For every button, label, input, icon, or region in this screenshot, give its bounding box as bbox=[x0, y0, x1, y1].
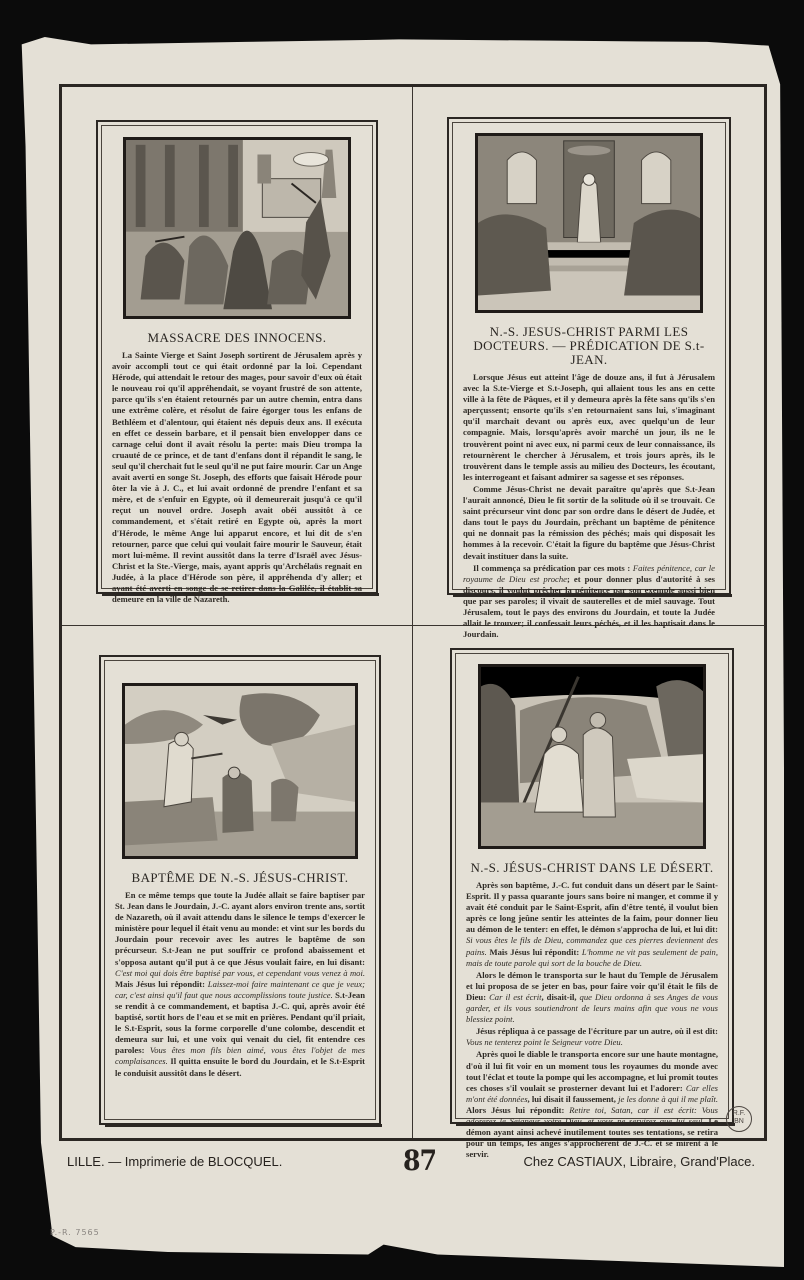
panel-title: N.-S. JÉSUS-CHRIST DANS LE DÉSERT. bbox=[466, 861, 718, 875]
panel-title: N.-S. JESUS-CHRIST PARMI LES DOCTEURS. —… bbox=[463, 325, 715, 367]
panel-body: Lorsque Jésus eut atteint l'âge de douze… bbox=[463, 372, 715, 640]
woodcut-desert-illustration bbox=[478, 664, 706, 849]
panel-paragraph: Après quoi le diable le transporta encor… bbox=[466, 1049, 718, 1160]
panel-body: Après son baptême, J.-C. fut conduit dan… bbox=[466, 880, 718, 1160]
desert-scene-icon bbox=[481, 667, 703, 846]
imprint-footer: LILLE. — Imprimerie de BLOCQUEL. 87 Chez… bbox=[67, 1148, 767, 1182]
woodcut-docteurs-illustration bbox=[475, 133, 703, 313]
panel-bapteme: BAPTÊME DE N.-S. JÉSUS-CHRIST. En ce mêm… bbox=[99, 655, 381, 1125]
panel-paragraph: Alors le démon le transporta sur le haut… bbox=[466, 970, 718, 1025]
printer-imprint: LILLE. — Imprimerie de BLOCQUEL. bbox=[67, 1154, 282, 1169]
panel-paragraph: Il commença sa prédication par ces mots … bbox=[463, 563, 715, 641]
library-stamp-icon: R.F. BN bbox=[726, 1106, 752, 1132]
panel-paragraph: Lorsque Jésus eut atteint l'âge de douze… bbox=[463, 372, 715, 483]
panel-paragraph: Après son baptême, J.-C. fut conduit dan… bbox=[466, 880, 718, 969]
panel-paragraph: Jésus répliqua à ce passage de l'écritur… bbox=[466, 1026, 718, 1048]
panel-body: En ce même temps que toute la Judée alla… bbox=[115, 890, 365, 1079]
temple-scene-icon bbox=[478, 136, 700, 310]
massacre-scene-icon bbox=[126, 140, 348, 316]
panel-massacre: MASSACRE DES INNOCENS. La Sainte Vierge … bbox=[96, 120, 378, 594]
panel-desert: N.-S. JÉSUS-CHRIST DANS LE DÉSERT. Après… bbox=[450, 648, 734, 1124]
panel-title: BAPTÊME DE N.-S. JÉSUS-CHRIST. bbox=[115, 871, 365, 885]
vertical-divider bbox=[412, 87, 413, 1138]
bookseller-imprint: Chez CASTIAUX, Libraire, Grand'Place. bbox=[523, 1154, 755, 1169]
panel-body: La Sainte Vierge et Saint Joseph sortire… bbox=[112, 350, 362, 605]
woodcut-massacre-illustration bbox=[123, 137, 351, 319]
sheet-number: 87 bbox=[403, 1144, 436, 1177]
pencil-annotation: P.-R. 7565 bbox=[50, 1228, 100, 1237]
panel-docteurs: N.-S. JESUS-CHRIST PARMI LES DOCTEURS. —… bbox=[447, 117, 731, 595]
baptism-scene-icon bbox=[125, 686, 355, 856]
panel-paragraph: La Sainte Vierge et Saint Joseph sortire… bbox=[112, 350, 362, 605]
woodcut-bapteme-illustration bbox=[122, 683, 358, 859]
panel-paragraph: En ce même temps que toute la Judée alla… bbox=[115, 890, 365, 1079]
panel-title: MASSACRE DES INNOCENS. bbox=[112, 331, 362, 345]
panel-paragraph: Comme Jésus-Christ ne devait paraître qu… bbox=[463, 484, 715, 562]
